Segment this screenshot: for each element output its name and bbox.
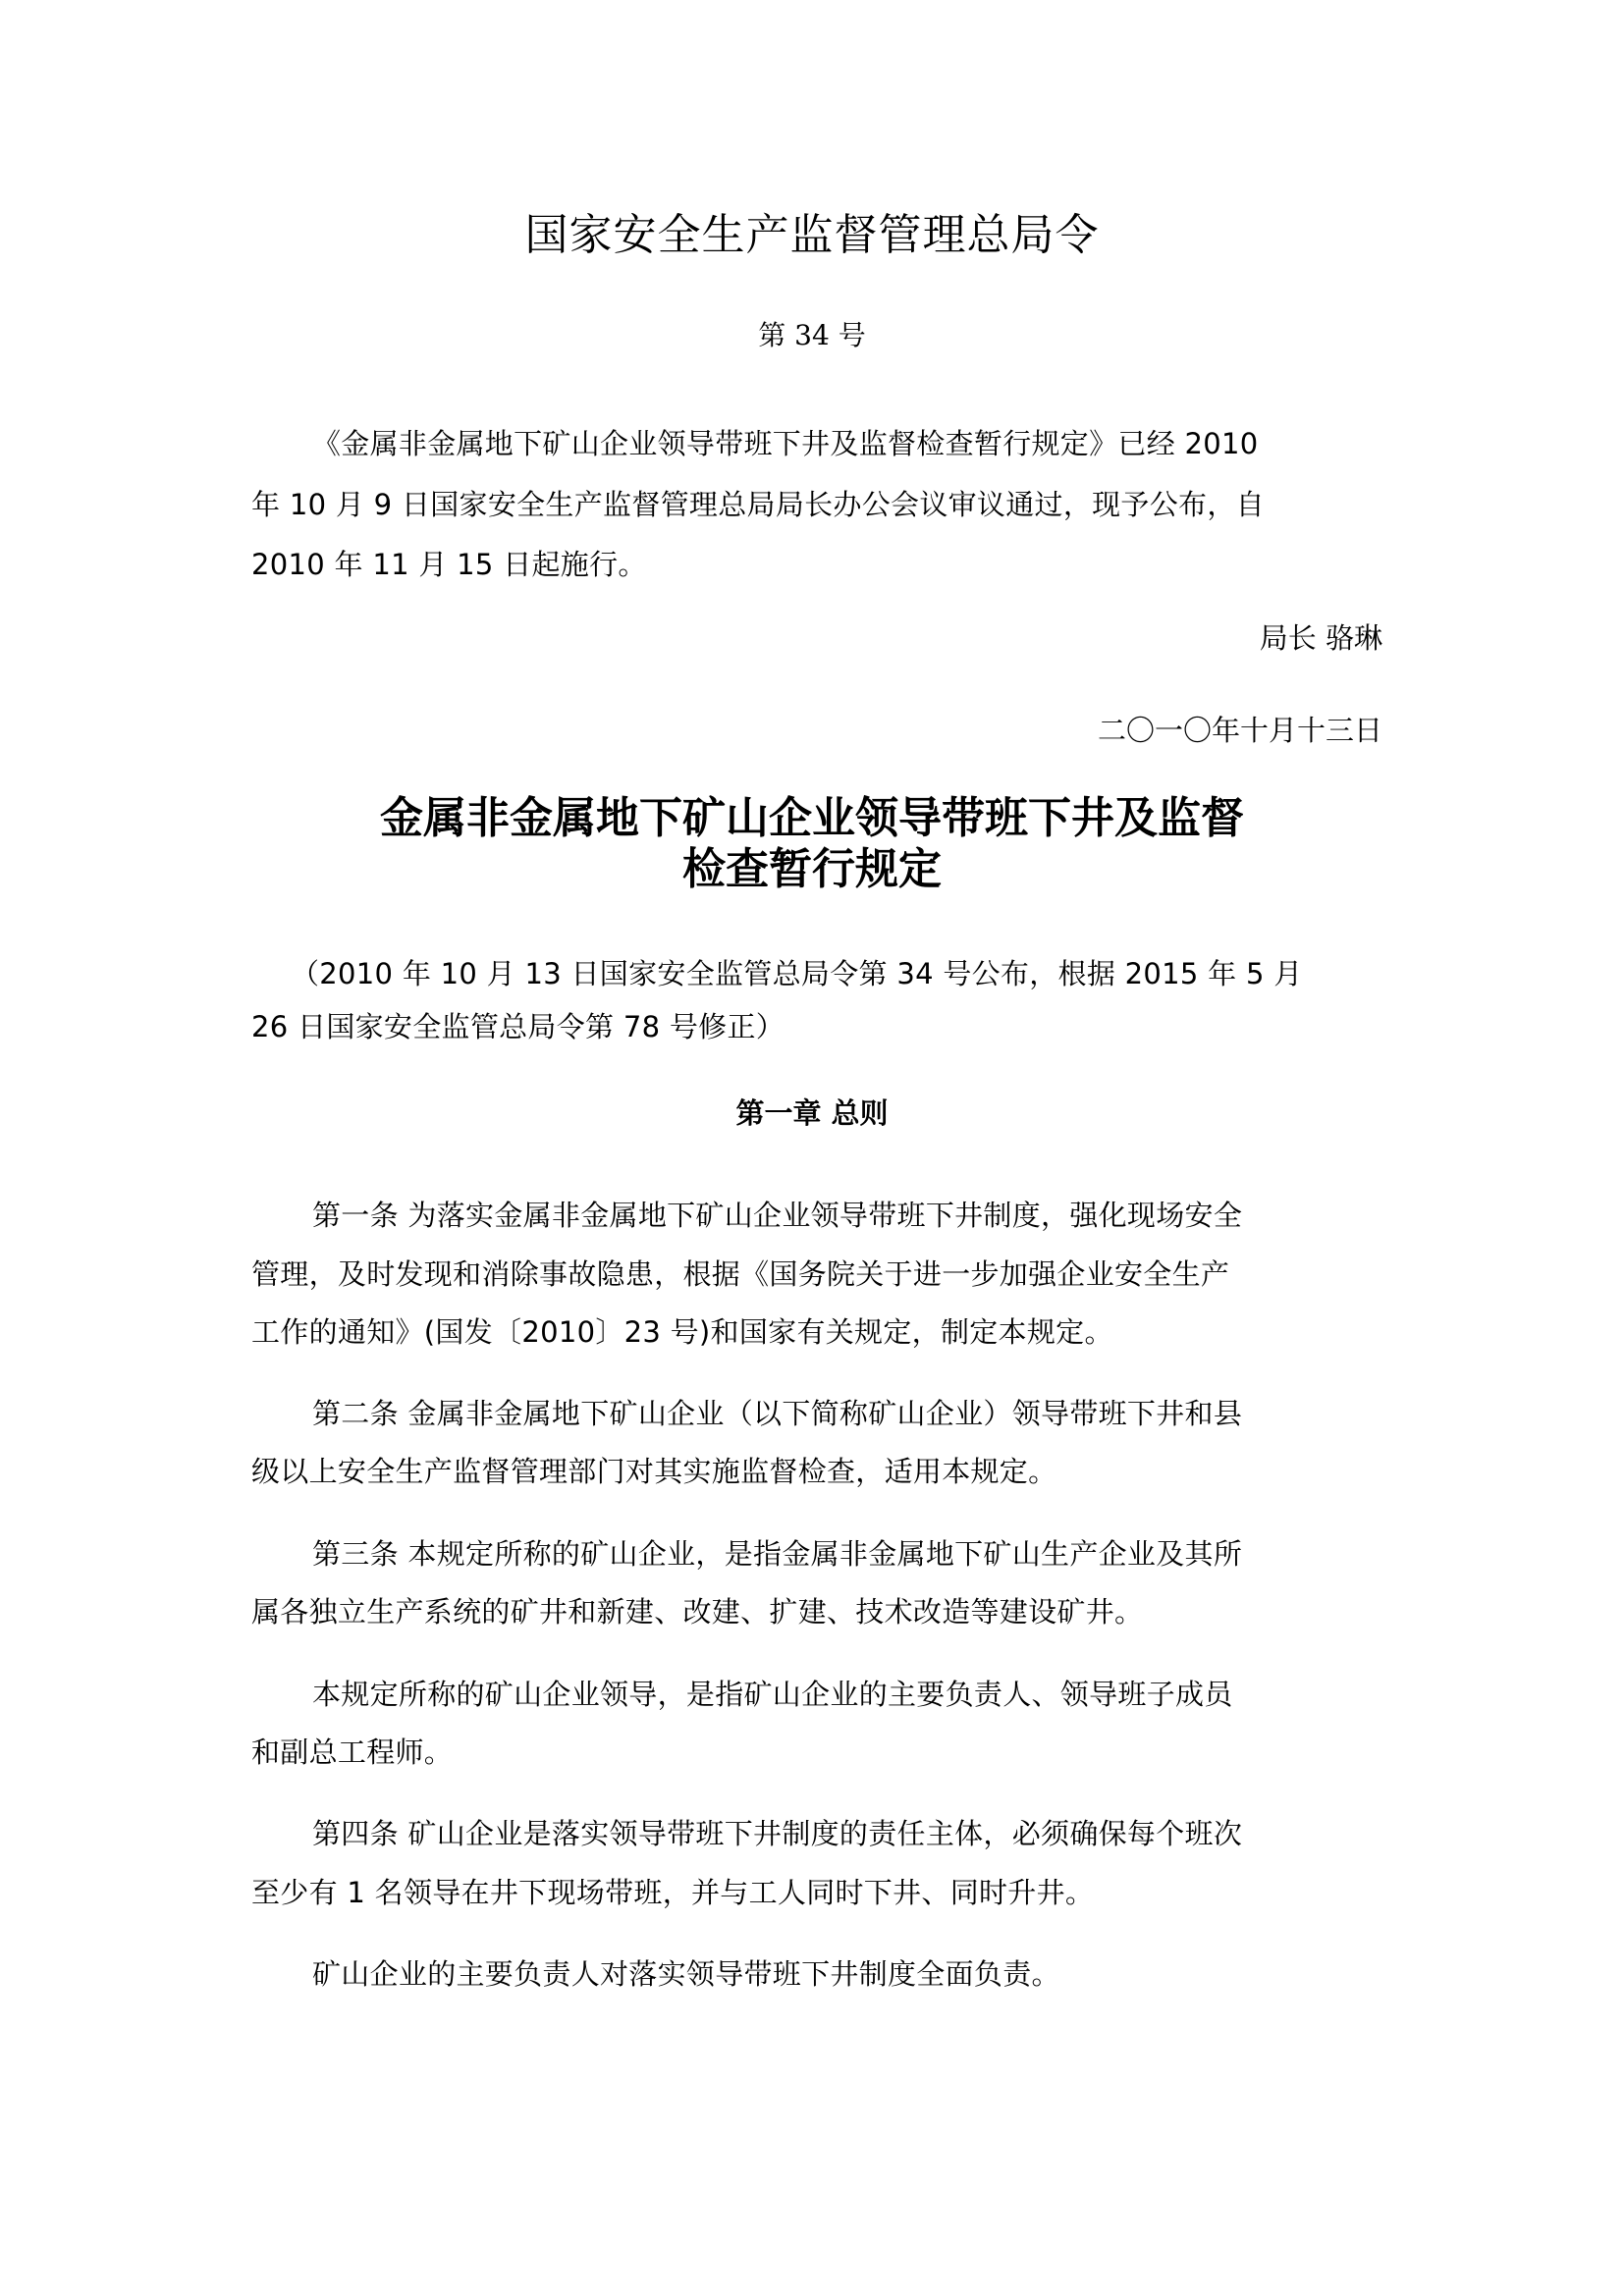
chapter-title: 第一章 总则 [0,1092,1624,1135]
article-1-line-2: 管理，及时发现和消除事故隐患，根据《国务院关于进一步加强企业安全生产 [251,1251,1229,1298]
article-2-line-2: 级以上安全生产监督管理部门对其实施监督检查，适用本规定。 [251,1448,1056,1495]
revision-note-line-2: 26 日国家安全监管总局令第 78 号修正） [251,1003,785,1050]
revision-note-line-1: （2010 年 10 月 13 日国家安全监管总局令第 34 号公布，根据 20… [291,950,1303,997]
order-date: 二〇一〇年十月十三日 [1098,707,1382,754]
regulation-title-line-1: 金属非金属地下矿山企业领导带班下井及监督 [0,793,1624,844]
article-2-line-1: 第二条 金属非金属地下矿山企业（以下简称矿山企业）领导带班下井和县 [312,1390,1242,1437]
article-4-line-2: 至少有 1 名领导在井下现场带班，并与工人同时下井、同时升井。 [251,1869,1094,1916]
announcement-line-2: 年 10 月 9 日国家安全生产监督管理总局局长办公会议审议通过，现予公布，自 [251,481,1265,528]
signatory: 局长 骆琳 [1260,614,1382,662]
announcement-line-3: 2010 年 11 月 15 日起施行。 [251,541,647,588]
article-4b-line-1: 矿山企业的主要负责人对落实领导带班下井制度全面负责。 [312,1950,1060,1998]
order-title: 国家安全生产监督管理总局令 [0,206,1624,265]
article-3-line-1: 第三条 本规定所称的矿山企业，是指金属非金属地下矿山生产企业及其所 [312,1530,1242,1577]
regulation-title-line-2: 检查暂行规定 [0,844,1624,895]
announcement-line-1: 《金属非金属地下矿山企业领导带班下井及监督检查暂行规定》已经 2010 [312,420,1259,467]
order-number: 第 34 号 [0,316,1624,355]
article-3-line-2: 属各独立生产系统的矿井和新建、改建、扩建、技术改造等建设矿井。 [251,1588,1143,1635]
article-3b-line-1: 本规定所称的矿山企业领导，是指矿山企业的主要负责人、领导班子成员 [312,1671,1233,1718]
article-3b-line-2: 和副总工程师。 [251,1729,453,1776]
article-4-line-1: 第四条 矿山企业是落实领导带班下井制度的责任主体，必须确保每个班次 [312,1810,1242,1857]
article-1-line-1: 第一条 为落实金属非金属地下矿山企业领导带班下井制度，强化现场安全 [312,1192,1242,1239]
document-page: 国家安全生产监督管理总局令 第 34 号 《金属非金属地下矿山企业领导带班下井及… [0,0,1624,2296]
article-1-line-3: 工作的通知》(国发〔2010〕23 号)和国家有关规定，制定本规定。 [251,1308,1113,1356]
